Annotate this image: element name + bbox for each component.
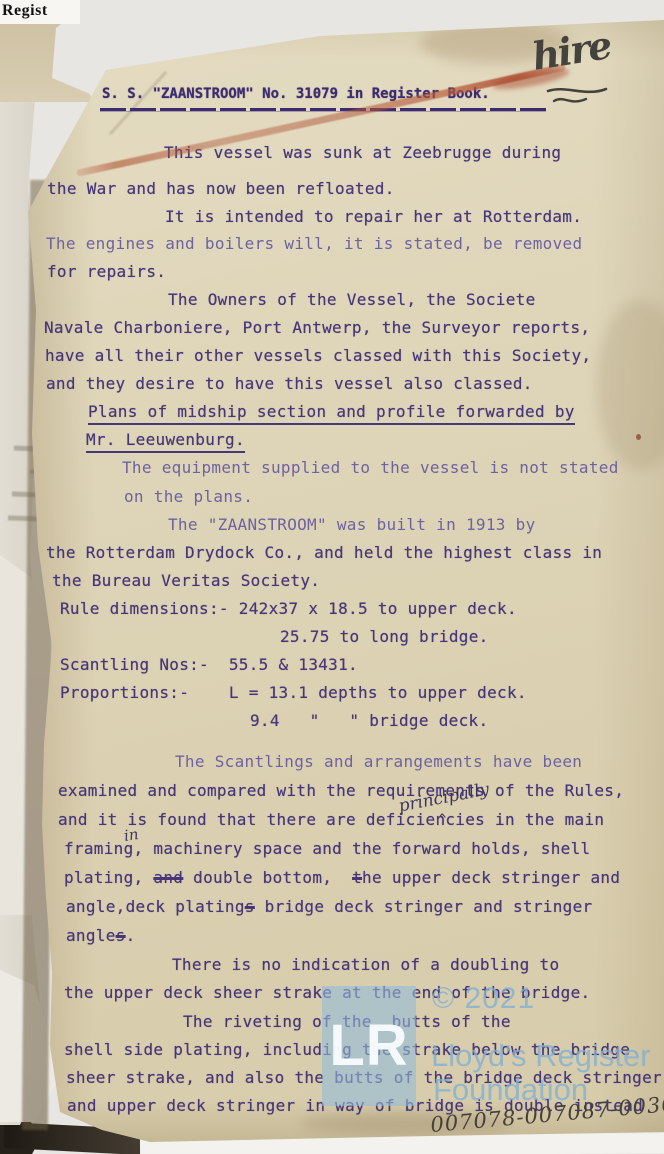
typed-line: 25.75 to long bridge. [280,627,489,646]
typed-line: angle,deck platings bridge deck stringer… [66,897,592,916]
typed-line: The equipment supplied to the vessel is … [122,458,619,477]
typed-line: The Scantlings and arrangements have bee… [175,752,582,771]
typed-line: examined and compared with the requireme… [58,781,624,800]
typed-line: the Bureau Veritas Society. [52,571,320,590]
typed-line: the War and has now been refloated. [47,179,395,198]
typed-line: the Rotterdam Drydock Co., and held the … [46,543,602,562]
typed-line: Navale Charboniere, Port Antwerp, the Su… [44,318,590,337]
typed-line: Plans of midship section and profile for… [88,402,575,425]
typed-line: 9.4 " " bridge deck. [250,711,488,730]
typed-line: The Owners of the Vessel, the Societe [168,290,536,309]
under-sheet [0,20,92,102]
typed-line: plating, and double bottom, the upper de… [64,868,620,887]
paper-crease [109,71,167,135]
typed-line: angles. [66,926,136,945]
corner-label-text: Regist [2,2,48,19]
scanned-document-view: Regist S. S. "ZAANSTROOM" No. 31079 in R… [0,0,664,1154]
typed-line: the upper deck sheer strake at the end o… [64,983,590,1002]
typed-line: Mr. Leeuwenburg. [86,430,245,453]
typed-line: and they desire to have this vessel also… [46,374,533,393]
typed-line: shell side plating, including the strake… [64,1040,630,1059]
typed-line: Rule dimensions:- 242x37 x 18.5 to upper… [60,599,517,618]
document-page: S. S. "ZAANSTROOM" No. 31079 in Register… [0,0,664,1154]
typed-line: The riveting of the butts of the [183,1012,511,1031]
handwritten-flourish [544,84,610,110]
typed-line: Proportions:- L = 13.1 depths to upper d… [60,683,527,702]
typed-line: This vessel was sunk at Zeebrugge during [164,143,561,162]
typed-line: and it is found that there are deficienc… [58,810,604,829]
handwritten-insertion: in [123,825,140,845]
paper-speck [636,434,641,440]
typed-line: sheer strake, and also the butts of the … [66,1068,662,1087]
typed-line: The engines and boilers will, it is stat… [46,234,582,253]
typed-line: for repairs. [47,262,166,281]
typed-line: framing, machinery space and the forward… [64,839,590,858]
typed-line: The "ZAANSTROOM" was built in 1913 by [168,515,536,534]
insertion-caret: ^ [438,812,446,828]
typed-line: on the plans. [124,487,253,506]
typed-line: have all their other vessels classed wit… [45,346,591,365]
paper-stain [596,300,664,470]
typed-line: Scantling Nos:- 55.5 & 13431. [60,655,358,674]
corner-label-fragment: Regist [0,0,80,24]
typed-line: There is no indication of a doubling to [172,955,559,974]
typed-line: It is intended to repair her at Rotterda… [165,207,582,226]
title-underline-rule [100,108,546,111]
